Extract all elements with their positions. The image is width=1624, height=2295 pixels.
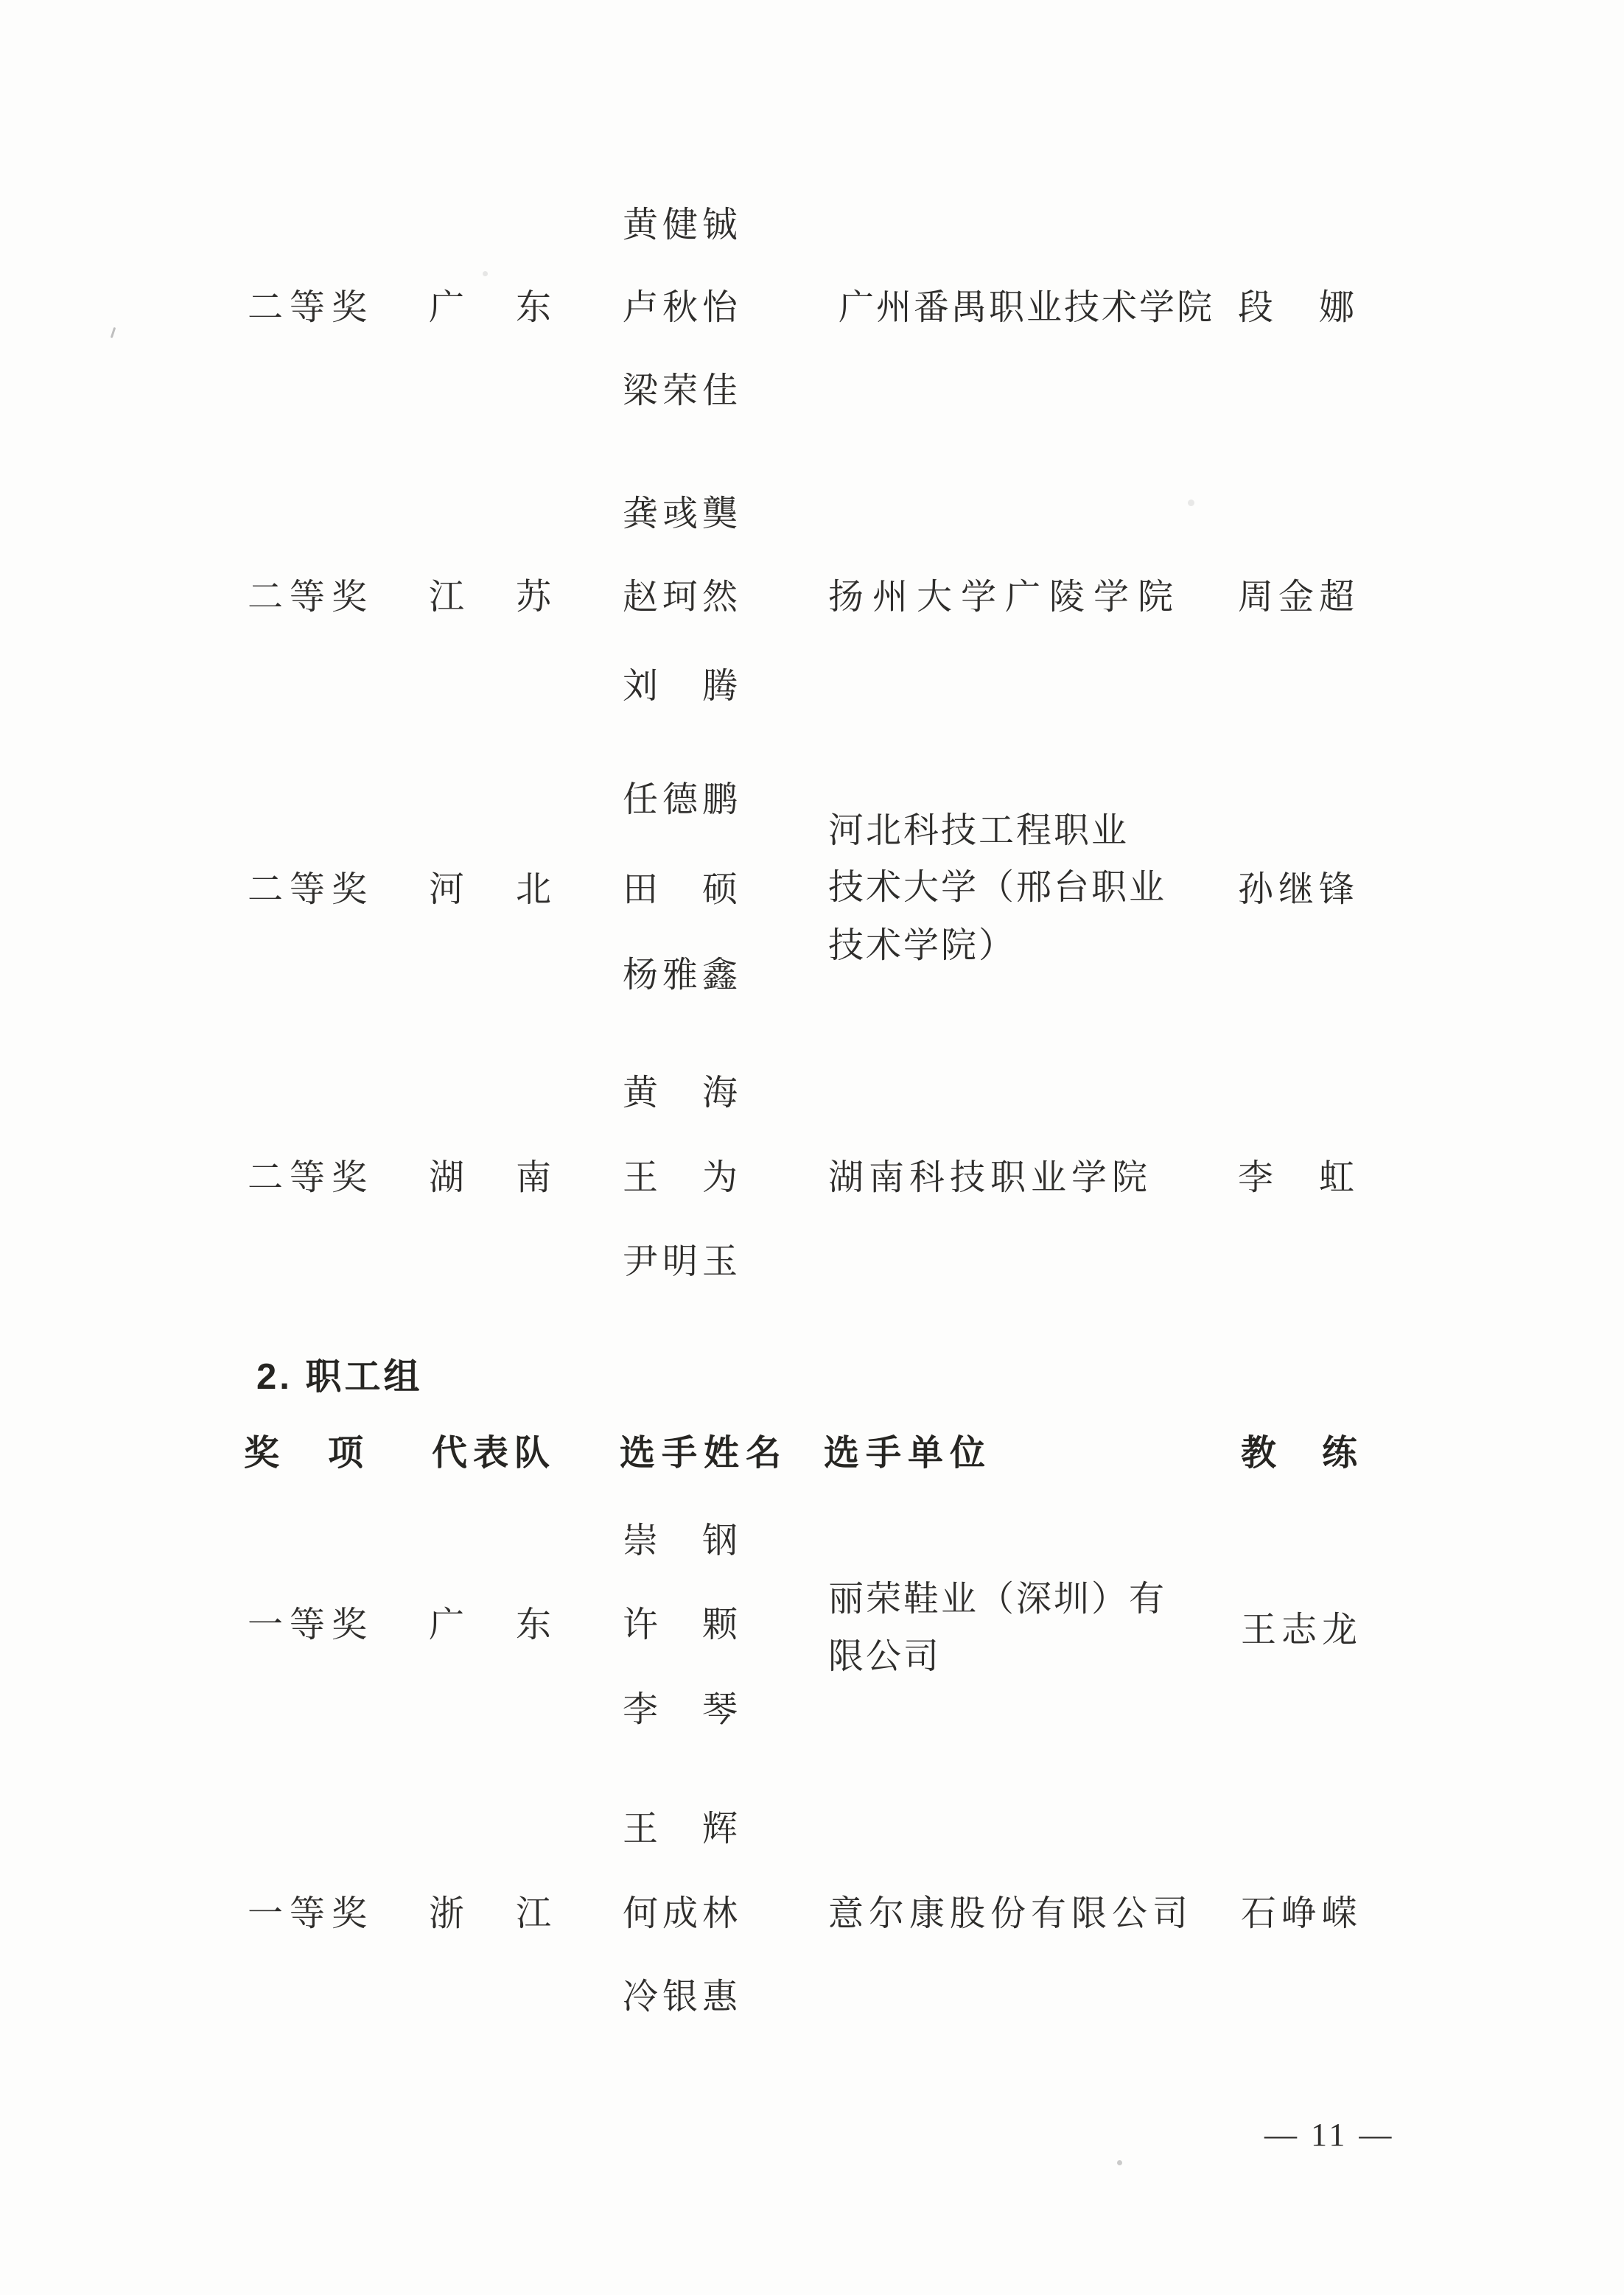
member-name: 崇 钢: [623, 1521, 742, 1561]
member-name: 刘 腾: [623, 666, 742, 707]
unit-cell: 丽荣鞋业（深圳）有: [828, 1579, 1166, 1619]
member-name: 黄健铖: [623, 205, 742, 245]
unit-cell: 意尔康股份有限公司: [828, 1893, 1193, 1934]
unit-cell: 扬州大学广陵学院: [828, 577, 1182, 617]
scan-artifact: [111, 327, 116, 338]
award-cell: 二等奖: [248, 1157, 374, 1198]
team-cell: 浙 江: [429, 1893, 559, 1934]
coach-cell: 周金超: [1238, 577, 1359, 617]
scan-artifact: [1117, 2160, 1122, 2165]
member-name: 冷银惠: [623, 1977, 742, 2017]
unit-cell: 技术大学（邢台职业: [828, 867, 1166, 908]
member-name: 黄 海: [623, 1073, 742, 1113]
award-cell: 二等奖: [248, 577, 374, 617]
member-name: 卢秋怡: [623, 287, 742, 328]
unit-cell: 广州番禺职业技术学院: [839, 287, 1214, 328]
member-name: 王 为: [623, 1157, 742, 1198]
member-name: 王 辉: [623, 1809, 742, 1849]
member-name: 李 琴: [623, 1689, 742, 1730]
member-name: 赵珂然: [623, 577, 742, 617]
column-header-team: 代表队: [432, 1433, 556, 1474]
coach-cell: 王志龙: [1241, 1610, 1362, 1650]
award-cell: 一等奖: [248, 1605, 374, 1645]
unit-cell: 限公司: [828, 1636, 941, 1677]
award-cell: 二等奖: [248, 869, 374, 910]
team-cell: 湖 南: [429, 1157, 559, 1198]
section-heading: 2. 职工组: [256, 1348, 422, 1400]
member-name: 任德鹏: [623, 779, 742, 820]
member-name: 杨雅鑫: [623, 955, 742, 995]
member-name: 田 硕: [623, 869, 742, 910]
scan-artifact: [483, 271, 488, 276]
team-cell: 广 东: [429, 287, 559, 328]
team-cell: 江 苏: [429, 577, 559, 617]
team-cell: 广 东: [429, 1605, 559, 1645]
column-header-award: 奖 项: [244, 1433, 370, 1474]
unit-cell: 技术学院）: [828, 925, 1016, 966]
member-name: 梁荣佳: [623, 371, 742, 411]
unit-cell: 河北科技工程职业: [828, 810, 1129, 851]
coach-cell: 李 虹: [1238, 1157, 1359, 1198]
scan-artifact: [1188, 500, 1194, 506]
unit-cell: 湖南科技职业学院: [828, 1157, 1152, 1198]
member-name: 尹明玉: [623, 1241, 742, 1282]
scanned-document-page: 黄健铖 二等奖 广 东 卢秋怡 广州番禺职业技术学院 段 娜 梁荣佳 龚彧龑 二…: [0, 0, 1624, 2295]
coach-cell: 段 娜: [1238, 287, 1359, 328]
award-cell: 一等奖: [248, 1893, 374, 1934]
column-header-unit: 选手单位: [824, 1433, 992, 1474]
member-name: 龚彧龑: [623, 494, 742, 534]
coach-cell: 孙继锋: [1238, 869, 1359, 910]
coach-cell: 石峥嵘: [1241, 1893, 1362, 1934]
column-header-name: 选手姓名: [620, 1433, 788, 1474]
member-name: 何成林: [623, 1893, 742, 1934]
member-name: 许 颗: [623, 1605, 742, 1645]
column-header-coach: 教 练: [1241, 1433, 1362, 1474]
page-number: — 11 —: [1264, 2116, 1394, 2154]
team-cell: 河 北: [429, 869, 559, 910]
award-cell: 二等奖: [248, 287, 374, 328]
